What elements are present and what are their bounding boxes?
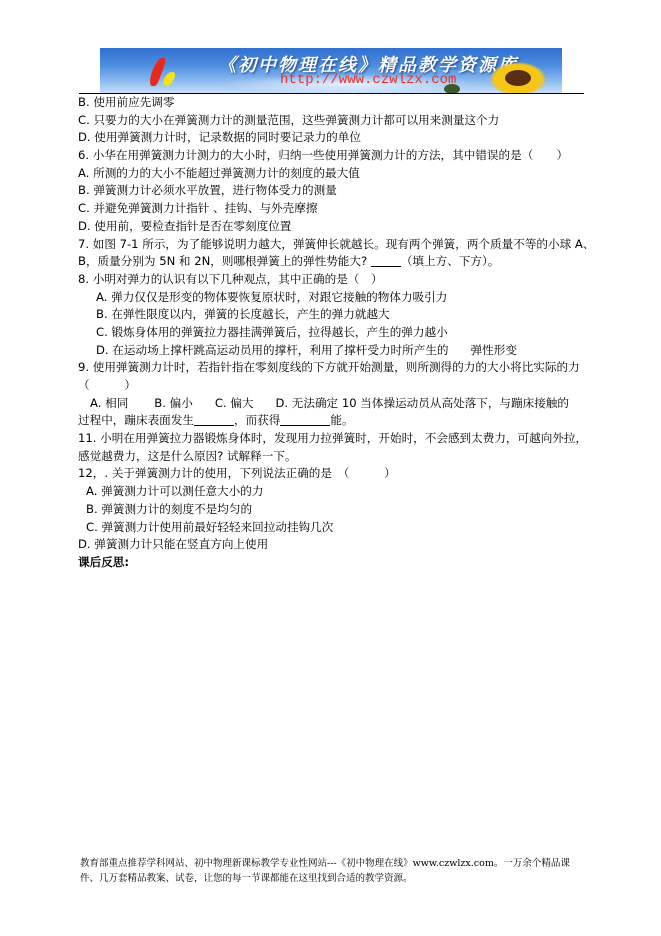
logo-yellow-icon xyxy=(161,72,178,86)
q12-option-c: C. 弹簧测力计使用前最好轻轻来回拉动挂钩几次 xyxy=(78,519,588,537)
q9-stem: 9. 使用弹簧测力计时，若指针指在零刻度线的下方就开始测量，则所测得的力的大小将… xyxy=(78,359,588,377)
q5-option-c: C. 只要力的大小在弹簧测力计的测量范围，这些弹簧测力计都可以用来测量这个力 xyxy=(78,112,588,130)
leaf-decoration xyxy=(444,84,460,93)
q8-option-d: D. 在运动场上撑杆跳高运动员用的撑杆，利用了撑杆受力时所产生的弹性形变 xyxy=(78,342,588,360)
q6-option-a: A. 所测的力的大小不能超过弹簧测力计的刻度的最大值 xyxy=(78,165,588,183)
footer: 教育部重点推荐学科网站、初中物理新课标教学专业性网站---《初中物理在线》www… xyxy=(80,856,600,886)
q10-part1: 10 当体操运动员从高处落下，与蹦床接触的 xyxy=(342,396,569,410)
q8-stem: 8. 小明对弹力的认识有以下几种观点，其中正确的是（ ） xyxy=(78,271,588,289)
q9-options-row: A. 相同B. 偏小C. 偏大D. 无法确定 10 当体操运动员从高处落下，与蹦… xyxy=(78,395,588,413)
q7-line2-before: B，质量分别为 5N 和 2N，则哪根弹簧上的弹性势能大? xyxy=(78,254,371,268)
q8-option-c: C. 锻炼身体用的弹簧拉力器挂满弹簧后，拉得越长，产生的弹力越小 xyxy=(78,324,588,342)
q9-option-c: C. 偏大 xyxy=(215,396,254,410)
q10-blank-2 xyxy=(280,413,330,426)
q12-option-d: D. 弹簧测力计只能在竖直方向上使用 xyxy=(78,536,588,554)
q10-line2: 过程中，蹦床表面发生，而获得能。 xyxy=(78,412,588,430)
header-banner: 《初中物理在线》精品教学资源库 http://www.czwlzx.com xyxy=(100,48,562,93)
q6-option-c: C. 并避免弹簧测力计指针 、挂钩、与外壳摩擦 xyxy=(78,200,588,218)
q6-option-b: B. 弹簧测力计必须水平放置，进行物体受力的测量 xyxy=(78,182,588,200)
q9-option-d: D. 无法确定 xyxy=(275,396,338,410)
q5-option-d: D. 使用弹簧测力计时，记录数据的同时要记录力的单位 xyxy=(78,129,588,147)
document-body: B. 使用前应先调零 C. 只要力的大小在弹簧测力计的测量范围，这些弹簧测力计都… xyxy=(78,94,588,572)
q11-line1: 11. 小明在用弹簧拉力器锻炼身体时，发现用力拉弹簧时，开始时，不会感到太费力，… xyxy=(78,430,588,448)
q10-blank-1 xyxy=(194,413,234,426)
q6-option-d: D. 使用前，要检查指针是否在零刻度位置 xyxy=(78,218,588,236)
q12-stem: 12，. 关于弹簧测力计的使用，下列说法正确的是 （ ） xyxy=(78,465,588,483)
footer-line2: 件、几万套精品教案、试卷，让您的每一节课都能在这里找到合适的教学资源。 xyxy=(80,871,600,886)
q9-option-a: A. 相同 xyxy=(90,396,128,410)
q10-after: 能。 xyxy=(330,413,353,427)
reflection-label: 课后反思: xyxy=(78,554,588,572)
q10-before: 过程中，蹦床表面发生 xyxy=(78,413,194,427)
q7-line2: B，质量分别为 5N 和 2N，则哪根弹簧上的弹性势能大? （填上方、下方）。 xyxy=(78,253,588,271)
q8-option-a: A. 弹力仅仅是形变的物体要恢复原状时，对跟它接触的物体力吸引力 xyxy=(78,289,588,307)
q7-line2-after: （填上方、下方）。 xyxy=(401,254,500,268)
q6-stem: 6. 小华在用弹簧测力计测力的大小时，归纳一些使用弹簧测力计的方法，其中错误的是… xyxy=(78,147,588,165)
banner-url: http://www.czwlzx.com xyxy=(280,72,456,88)
q12-option-a: A. 弹簧测力计可以测任意大小的力 xyxy=(78,483,588,501)
q5-option-b: B. 使用前应先调零 xyxy=(78,94,588,112)
q11-line2: 感觉越费力，这是什么原因? 试解释一下。 xyxy=(78,448,588,466)
q10-mid: ，而获得 xyxy=(234,413,280,427)
sunflower-icon xyxy=(490,62,546,93)
q8-option-d-suffix: 弹性形变 xyxy=(471,343,517,357)
q9-paren: （ ） xyxy=(78,377,588,395)
footer-line1: 教育部重点推荐学科网站、初中物理新课标教学专业性网站---《初中物理在线》www… xyxy=(80,856,600,871)
q7-line1: 7. 如图 7-1 所示，为了能够说明力越大，弹簧伸长就越长。现有两个弹簧，两个… xyxy=(78,236,588,254)
sunflower-center xyxy=(505,70,531,86)
q7-answer-blank xyxy=(371,254,401,267)
q8-option-d-text: D. 在运动场上撑杆跳高运动员用的撑杆，利用了撑杆受力时所产生的 xyxy=(96,343,449,357)
q9-option-b: B. 偏小 xyxy=(154,396,193,410)
q12-option-b: B. 弹簧测力计的刻度不是均匀的 xyxy=(78,501,588,519)
q8-option-b: B. 在弹性限度以内，弹簧的长度越长，产生的弹力就越大 xyxy=(78,306,588,324)
